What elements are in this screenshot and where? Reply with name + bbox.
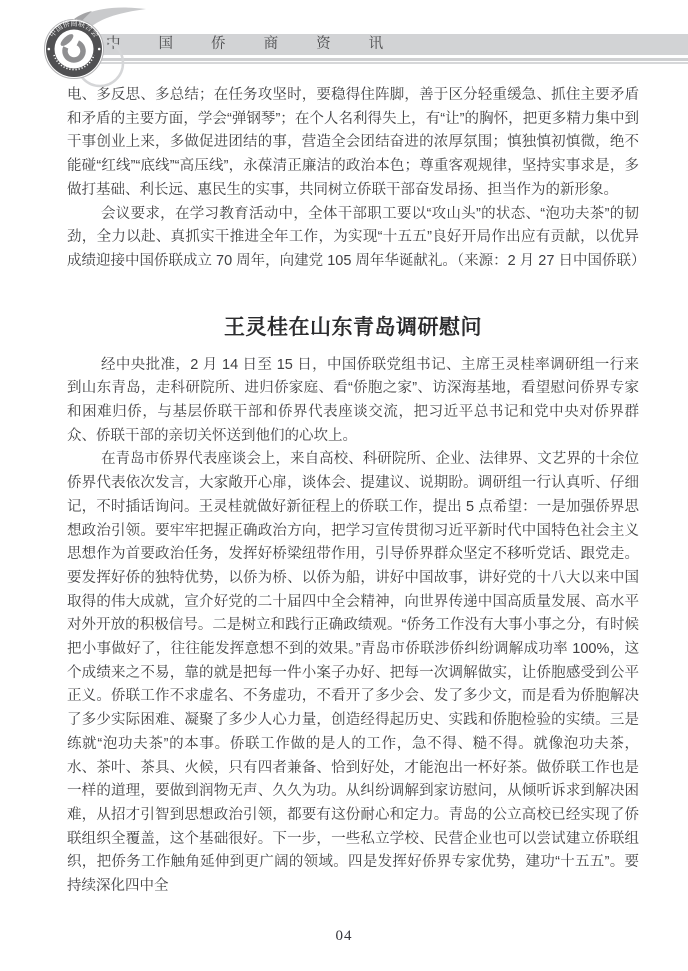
federation-logo-icon: 中国侨商联合会 bbox=[14, 2, 154, 94]
document-page: 中 国 侨 商 资 讯 中国侨商联合会 bbox=[0, 0, 688, 971]
page-number: 04 bbox=[336, 928, 353, 944]
paragraph-visit-intro: 经中央批准，2 月 14 日至 15 日，中国侨联党组书记、主席王灵桂率调研组一… bbox=[67, 354, 639, 449]
seal-star-right-icon bbox=[98, 48, 101, 51]
federation-seal-icon: 中国侨商联合会 bbox=[45, 18, 104, 78]
page-footer: 04 bbox=[0, 928, 688, 945]
article-body: 电、多反思、多总结；在任务攻坚时，要稳得住阵脚，善于区分轻重缓急、抓住主要矛盾和… bbox=[67, 84, 639, 899]
paragraph-meeting-requirements: 会议要求，在学习教育活动中，全体干部职工要以“攻山头”的状态、“泡功夫茶”的韧劲… bbox=[67, 203, 639, 274]
paragraph-symposium: 在青岛市侨界代表座谈会上，来自高校、科研院所、企业、法律界、文艺界的十余位侨界代… bbox=[67, 448, 639, 898]
seal-star-left-icon bbox=[48, 48, 51, 51]
paragraph-continuation: 电、多反思、多总结；在任务攻坚时，要稳得住阵脚，善于区分轻重缓急、抓住主要矛盾和… bbox=[67, 84, 639, 203]
article-title: 王灵桂在山东青岛调研慰问 bbox=[67, 313, 639, 343]
